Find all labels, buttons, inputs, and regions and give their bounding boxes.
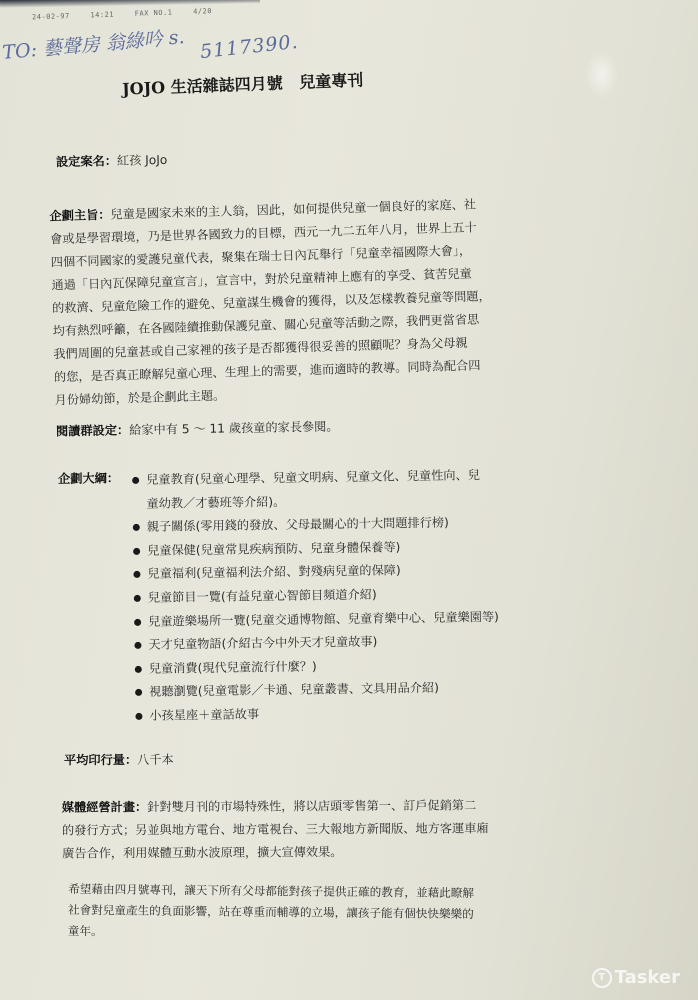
list-item-text: 兒童遊樂場所一覽(兒童交通博物館、兒童育樂中心、兒童樂園等) [148,609,499,628]
fax-number: FAX NO.1 [135,9,173,18]
purpose-label: 企劃主旨： [49,208,110,224]
list-item-text: 小孩星座＋童話故事 [149,707,259,723]
fax-date: 24-02-97 [32,12,70,21]
media-plan-line: 廣告合作，利用媒體互動水波原理，擴大宣傳效果。 [62,839,657,865]
list-item-text: 兒童教育(兒童心理學、兒童文明病、兒童文化、兒童性向、兒 [146,468,480,487]
outline-list: 兒童教育(兒童心理學、兒童文明病、兒童文化、兒童性向、兒童幼教／才藝班等介紹)。… [132,462,656,729]
list-item-text: 視聽瀏覽(兒童電影／卡通、兒童叢書、文具用品介紹) [149,681,439,699]
handwritten-phone-number: 5117390. [199,31,299,63]
tasker-logo-icon: T [592,968,612,988]
bullet-icon [132,477,139,484]
audience-label: 閱讀群設定： [56,423,129,438]
circulation-section: 平均印行量：八千本 [64,751,174,769]
list-item-text: 天才兒童物語(介紹古今中外天才兒童故事) [148,635,377,652]
bullet-icon [133,548,140,555]
outline-label: 企劃大綱： [58,469,119,487]
fax-transmission-header: 24-02-97 14:21 FAX NO.1 4/20 [32,7,228,22]
bullet-icon [135,689,142,696]
case-name-value: 紅孩 JoJo [117,153,168,168]
list-item: 兒童教育(兒童心理學、兒童文明病、兒童文化、兒童性向、兒童幼教／才藝班等介紹)。 [132,462,653,516]
list-item-text: 兒童消費(現代兒童流行什麼？) [149,659,317,675]
bullet-icon [134,595,141,602]
audience-value: 給家中有 5 ～ 11 歲孩童的家長參閱。 [129,420,339,438]
closing-section: 希望藉由四月號專刊，讓天下所有父母都能對孩子提供正確的教育，並藉此瞭解 社會對兒… [68,879,664,948]
fax-page: 4/20 [193,7,212,16]
bullet-icon [133,571,140,578]
handwritten-recipient: TO: 藝聲房 翁綠吟 s. [1,22,185,65]
media-plan-section: 媒體經營計畫：針對雙月刊的市場特殊性，將以店頭零售第一、訂戶促銷第二 的發行方式… [62,793,657,865]
document-title: JOJO 生活雜誌四月號 兒童專刊 [122,67,364,99]
audience-section: 閱讀群設定：給家中有 5 ～ 11 歲孩童的家長參閱。 [56,418,339,440]
media-plan-line: 的發行方式；另並與地方電台、地方電視台、三大報地方新聞版、地方客運車廂 [62,816,657,842]
circulation-label: 平均印行量： [64,753,137,767]
media-plan-label: 媒體經營計畫： [62,800,147,814]
bullet-icon [135,666,142,673]
watermark-text: Tasker [615,967,680,988]
bullet-icon [135,713,142,720]
fax-time: 14:21 [90,11,114,20]
list-item-text: 親子關係(零用錢的發放、父母最關心的十大問題排行榜) [147,516,449,534]
case-name-section: 設定案名：紅孩 JoJo [56,151,168,170]
bullet-icon [134,642,141,649]
media-plan-line: 針對雙月刊的市場特殊性，將以店頭零售第一、訂戶促銷第二 [147,798,476,814]
list-item-text: 兒童福利(兒童福利法介紹、對殘病兒童的保障) [147,564,400,582]
list-item-text: 兒童保健(兒童常見疾病預防、兒童身體保養等) [147,540,400,558]
bullet-icon [133,524,140,531]
circulation-value: 八千本 [137,753,174,767]
fax-document-page: 24-02-97 14:21 FAX NO.1 4/20 TO: 藝聲房 翁綠吟… [0,0,698,1000]
list-item-text: 兒童節目一覽(有益兒童心智節目頻道介紹) [148,588,377,605]
tasker-watermark: T Tasker [592,967,680,988]
bullet-icon [134,618,141,625]
purpose-section: 企劃主旨：兒童是國家未來的主人翁，因此，如何提供兒童一個良好的家庭、社 會或是學… [49,189,650,413]
case-name-label: 設定案名： [56,154,117,169]
paper-smudge [585,50,619,100]
